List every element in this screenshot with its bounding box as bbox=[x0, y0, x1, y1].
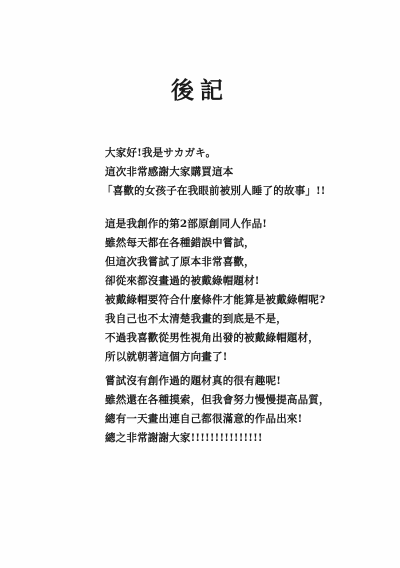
paragraph-creation: 這是我創作的第2部原創同人作品! 雖然每天都在各種錯誤中嘗試， 但這次我嘗試了原… bbox=[105, 215, 400, 367]
text-line: 被戴綠帽要符合什麼條件才能算是被戴綠帽呢? bbox=[105, 291, 400, 310]
text-line: 這是我創作的第2部原創同人作品! bbox=[105, 215, 400, 234]
paragraph-greeting: 大家好!我是サカガキ。 這次非常感謝大家購買這本 「喜歡的女孩子在我眼前被別人睡… bbox=[105, 144, 400, 201]
page-title: 後記 bbox=[0, 72, 400, 105]
text-line: 總之非常謝謝大家!!!!!!!!!!!!!!! bbox=[105, 429, 400, 448]
text-line: 但這次我嘗試了原本非常喜歡， bbox=[105, 253, 400, 272]
text-line: 雖然每天都在各種錯誤中嘗試， bbox=[105, 234, 400, 253]
text-line: 雖然還在各種摸索，但我會努力慢慢提高品質， bbox=[105, 391, 400, 410]
text-line: 大家好!我是サカガキ。 bbox=[105, 144, 400, 163]
text-line: 「喜歡的女孩子在我眼前被別人睡了的故事」!! bbox=[102, 182, 400, 201]
text-line: 我自己也不太清楚我畫的到底是不是， bbox=[105, 310, 400, 329]
text-line: 嘗試沒有創作過的題材真的很有趣呢! bbox=[105, 372, 400, 391]
text-line: 卻從來都沒畫過的被戴綠帽題材! bbox=[105, 272, 400, 291]
text-line: 這次非常感謝大家購買這本 bbox=[105, 163, 400, 182]
paragraph-closing: 嘗試沒有創作過的題材真的很有趣呢! 雖然還在各種摸索，但我會努力慢慢提高品質， … bbox=[105, 372, 400, 448]
text-line: 總有一天畫出連自己都很滿意的作品出來! bbox=[105, 410, 400, 429]
text-line: 不過我喜歡從男性視角出發的被戴綠帽題材， bbox=[105, 329, 400, 348]
text-line: 所以就朝著這個方向畫了! bbox=[105, 348, 400, 367]
